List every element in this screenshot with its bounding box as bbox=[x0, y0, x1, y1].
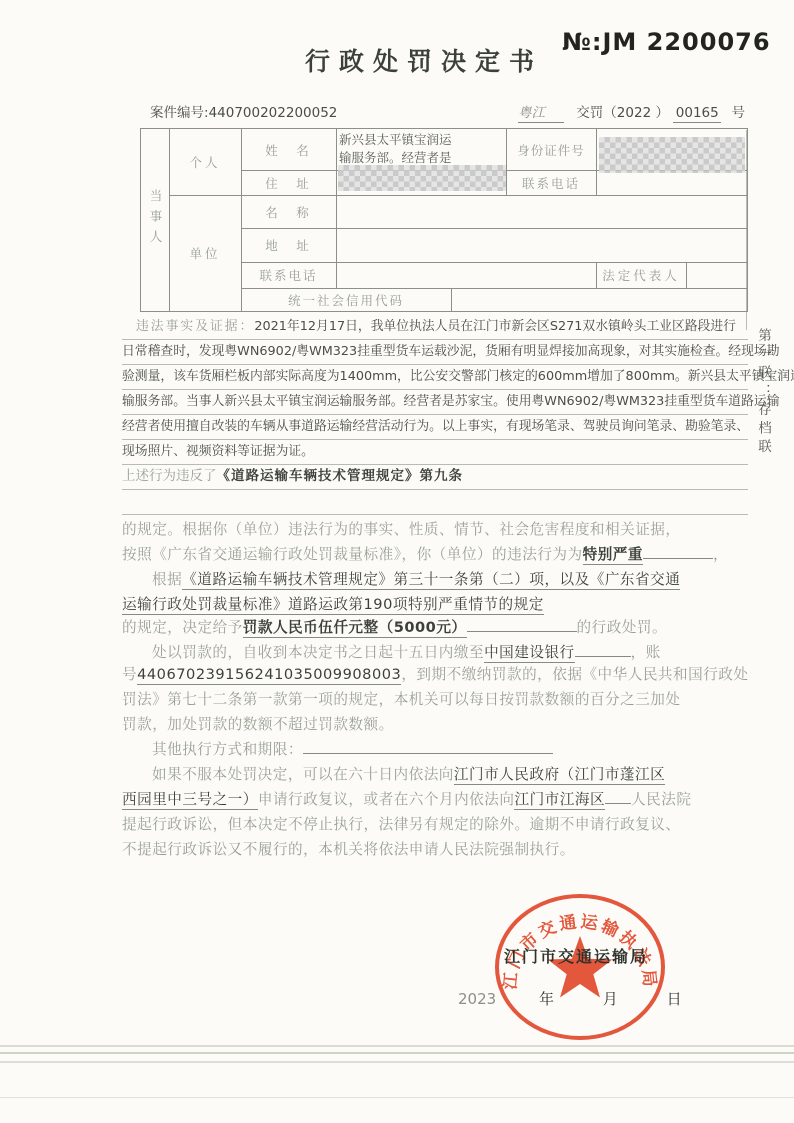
penalty-prefix: 的规定，决定给予 bbox=[122, 619, 243, 636]
address-redacted bbox=[338, 165, 506, 191]
reference-number-row: 粤江 交罚（2022 ） 00165 号 bbox=[518, 101, 745, 123]
id-number-label: 身份证件号 bbox=[506, 129, 596, 170]
name-value-line2: 输服务部。经营者是 bbox=[339, 150, 452, 165]
account-number: 440670239156241035009908003 bbox=[137, 666, 401, 685]
facts-line-5: 经营者使用擅自改装的车辆从事道路运输经营活动行为。以上事实，有现场笔录、驾驶员询… bbox=[122, 414, 748, 440]
rule-line-2-comma: ， bbox=[713, 546, 728, 563]
party-table: 当事人 个人 单位 姓 名 新兴县太平镇宝润运 输服务部。经营者是 身份证件号 … bbox=[140, 128, 748, 312]
scanned-penalty-document: 行政处罚决定书 №:JM 2200076 案件编号:44070020220005… bbox=[0, 0, 794, 1123]
appeal-line-3: 提起行政诉讼，但本决定不停止执行，法律另有规定的除外。逾期不申请行政复议、 bbox=[122, 812, 680, 837]
facts-line-3: 验测量，该车货厢栏板内部实际高度为1400mm，比公安交警部门核定的600mm增… bbox=[122, 364, 748, 390]
date-day-label: 日 bbox=[667, 990, 682, 1008]
facts-line-1: 违法事实及证据：2021年12月17日，我单位执法人员在江门市新会区S271双水… bbox=[122, 314, 748, 340]
scan-artifact-line bbox=[0, 1061, 794, 1063]
court-name: 江门市江海区 bbox=[514, 791, 605, 810]
reference-mid: 交罚（2022 ） bbox=[576, 105, 669, 121]
case-number-value: 440700202200052 bbox=[209, 105, 338, 121]
date-row: 2023 年 月 日 bbox=[458, 988, 682, 1009]
court-suffix: 人民法院 bbox=[631, 791, 691, 808]
penalty-amount: 罚款人民币伍仟元整（5000元） bbox=[243, 619, 467, 638]
name-label: 姓 名 bbox=[241, 129, 336, 170]
reference-suffix: 号 bbox=[732, 105, 746, 121]
scan-artifact-line bbox=[0, 1045, 794, 1047]
facts-line-6: 现场照片、视频资料等证据为证。 bbox=[122, 439, 748, 465]
violation-label: 上述行为违反了 bbox=[122, 468, 217, 484]
page-title: 行政处罚决定书 bbox=[305, 42, 543, 78]
legal-rep-label: 法定代表人 bbox=[596, 262, 686, 288]
name-value-line1: 新兴县太平镇宝润运 bbox=[339, 132, 452, 147]
appeal-line-1: 如果不服本处罚决定，可以在六十日内依法向江门市人民政府（江门市蓬江区 bbox=[122, 762, 665, 787]
rule-line-3: 根据《道路运输车辆技术管理规定》第三十一条第（二）项，以及《广东省交通 bbox=[122, 567, 680, 592]
payment-template-1b: ，账 bbox=[631, 644, 661, 661]
payment-line-3: 罚法》第七十二条第一款第一项的规定，本机关可以每日按罚款数额的百分之三加处 bbox=[122, 687, 680, 712]
issuing-agency: 江门市交通运输局 bbox=[504, 944, 648, 967]
unit-address-label: 地 址 bbox=[241, 228, 336, 262]
facts-line-2: 日常稽查时，发现粤WN6902/粤WM323挂重型货车运载沙泥，货厢有明显焊接加… bbox=[122, 339, 748, 365]
case-number-label: 案件编号: bbox=[150, 105, 209, 121]
bank-name: 中国建设银行 bbox=[484, 644, 575, 663]
payment-line-4: 罚款，加处罚款的数额不超过罚款数额。 bbox=[122, 712, 394, 737]
date-year-label: 年 bbox=[539, 990, 554, 1008]
citation-line-1: 《道路运输车辆技术管理规定》第三十一条第（二）项，以及《广东省交通 bbox=[182, 571, 680, 590]
penalty-suffix: 的行政处罚。 bbox=[577, 619, 668, 636]
account-prefix: 号 bbox=[122, 666, 137, 683]
individual-label: 个人 bbox=[169, 129, 241, 195]
party-label: 当事人 bbox=[141, 129, 169, 311]
official-seal: 江门市交通运输执法局 bbox=[492, 892, 668, 1042]
date-month-label: 月 bbox=[603, 990, 618, 1008]
appeal-line-4: 不提起行政诉讼又不履行的，本机关将依法申请人民法院强制执行。 bbox=[122, 837, 575, 862]
id-number-redacted bbox=[599, 137, 745, 173]
severity-value: 特别严重 bbox=[583, 546, 643, 565]
violation-line: 上述行为违反了《道路运输车辆技术管理规定》第九条 bbox=[122, 464, 748, 490]
unit-phone-label: 联系电话 bbox=[241, 262, 336, 288]
reference-hand-prefix: 粤江 bbox=[518, 101, 564, 123]
case-number-row: 案件编号:440700202200052 bbox=[150, 101, 337, 121]
unit-name-label: 名 称 bbox=[241, 195, 336, 228]
phone-label: 联系电话 bbox=[506, 170, 596, 195]
facts-text-1: 2021年12月17日，我单位执法人员在江门市新会区S271双水镇岭头工业区路段… bbox=[254, 319, 736, 334]
facts-label: 违法事实及证据： bbox=[122, 319, 254, 334]
payment-template-2: ，到期不缴纳罚款的，依据《中华人民共和国行政处 bbox=[401, 666, 748, 683]
reference-num: 00165 bbox=[673, 105, 721, 123]
blank-ruled-line bbox=[122, 489, 748, 515]
appeal-template-1: 如果不服本处罚决定，可以在六十日内依法向 bbox=[152, 766, 454, 783]
citation-line-2: 运输行政处罚裁量标准》道路运政第190项特别严重情节的规定 bbox=[122, 596, 544, 615]
rule-line-2-template: 按照《广东省交通运输行政处罚裁量标准》，你（单位）的违法行为为 bbox=[122, 546, 583, 563]
review-authority-address: 西园里中三号之一） bbox=[122, 791, 258, 810]
rule-line-1: 的规定。根据你（单位）违法行为的事实、性质、情节、社会危害程度和相关证据， bbox=[122, 517, 680, 542]
scan-artifact-line bbox=[0, 1097, 794, 1098]
date-year-value: 2023 bbox=[458, 990, 496, 1008]
scan-artifact-line bbox=[0, 1052, 794, 1054]
review-authority: 江门市人民政府（江门市蓬江区 bbox=[454, 766, 665, 785]
rule-line-3-prefix: 根据 bbox=[152, 571, 182, 588]
credit-code-label: 统一社会信用代码 bbox=[241, 288, 451, 311]
penalty-line: 的规定，决定给予罚款人民币伍仟元整（5000元）的行政处罚。 bbox=[122, 615, 667, 640]
rule-line-2: 按照《广东省交通运输行政处罚裁量标准》，你（单位）的违法行为为特别严重， bbox=[122, 542, 728, 567]
other-methods-label: 其他执行方式和期限： bbox=[152, 741, 303, 758]
address-label: 住 址 bbox=[241, 170, 336, 195]
other-methods-line: 其他执行方式和期限： bbox=[122, 737, 553, 762]
appeal-template-2: 申请行政复议，或者在六个月内依法向 bbox=[258, 791, 515, 808]
payment-template-1: 处以罚款的，自收到本决定书之日起十五日内缴至 bbox=[152, 644, 484, 661]
rule-line-4: 运输行政处罚裁量标准》道路运政第190项特别严重情节的规定 bbox=[122, 592, 544, 617]
payment-line-2: 号440670239156241035009908003，到期不缴纳罚款的，依据… bbox=[122, 662, 748, 687]
violation-value: 《道路运输车辆技术管理规定》第九条 bbox=[217, 468, 464, 484]
appeal-line-2: 西园里中三号之一）申请行政复议，或者在六个月内依法向江门市江海区人民法院 bbox=[122, 787, 691, 812]
serial-number: №:JM 2200076 bbox=[562, 28, 771, 56]
facts-line-4: 输服务部。当事人新兴县太平镇宝润运输服务部。经营者是苏家宝。使用粤WN6902/… bbox=[122, 389, 748, 415]
unit-label: 单位 bbox=[169, 195, 241, 311]
